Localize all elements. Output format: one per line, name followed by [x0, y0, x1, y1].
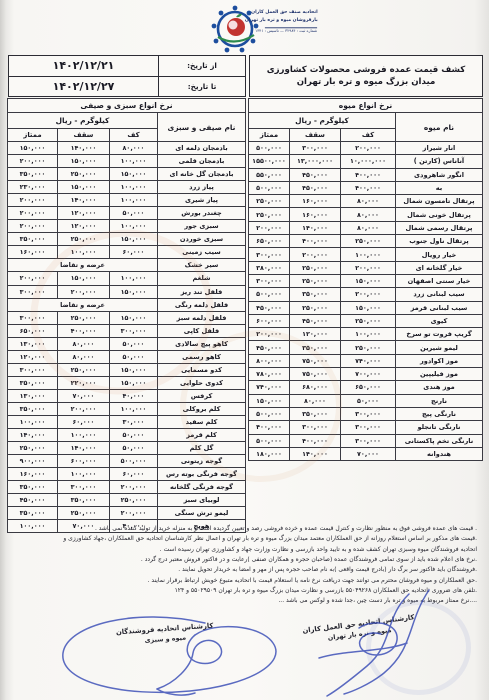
table-row: پیاز زرد۱۰۰,۰۰۰۱۵۰,۰۰۰۲۳۰,۰۰۰	[8, 181, 246, 194]
fruit-name-header: نام میوه	[396, 113, 483, 142]
table-row: پرتقال رسمی شمال۸۰,۰۰۰۱۴۰,۰۰۰۲۰۰,۰۰۰	[248, 221, 482, 234]
price-premium-cell: ۱۵۰,۰۰۰	[248, 394, 289, 407]
price-ceiling-cell: ۷۰,۰۰۰	[58, 389, 110, 402]
product-name-cell: پرتقال تامسون شمال	[396, 195, 483, 208]
price-premium-cell: ۸۰۰,۰۰۰	[248, 354, 289, 367]
union-logo: اتحادیه صنف حق العمل کاران بارفروشان میو…	[208, 3, 320, 55]
product-name-cell: کرفس	[158, 389, 246, 402]
table-row: سیب لبنانی زرد۲۰۰,۰۰۰۳۵۰,۰۰۰۵۰۰,۰۰۰	[248, 288, 482, 301]
price-floor-cell: ۳۰۰,۰۰۰	[341, 421, 396, 434]
product-name-cell: گوجه فرنگی بوته رس	[158, 468, 246, 481]
price-floor-cell: ۵۰۰,۰۰۰	[110, 455, 158, 468]
price-ceiling-cell: ۳۵۰,۰۰۰	[290, 341, 341, 354]
product-name-cell: پرتقال ناول جنوب	[396, 235, 483, 248]
table-row: موز هندی۶۵۰,۰۰۰۶۸۰,۰۰۰۷۴۰,۰۰۰	[248, 381, 482, 394]
product-name-cell: لوبیای سبز	[158, 494, 246, 507]
price-premium-cell: ۱۵۰,۰۰۰	[8, 142, 58, 155]
footnote-line: .تلفن های ضروری :اتحادیه حق العملکاران ۵…	[26, 586, 477, 596]
table-row: سبزی خوردن۱۵۰,۰۰۰۲۵۰,۰۰۰۳۵۰,۰۰۰	[8, 233, 246, 246]
product-name-cell: نارنج	[396, 394, 483, 407]
price-floor-cell: ۷۴۰,۰۰۰	[341, 354, 396, 367]
price-premium-cell: ۲۰۰,۰۰۰	[8, 194, 58, 207]
price-floor-cell: ۲۵۰,۰۰۰	[110, 494, 158, 507]
price-floor-cell: ۱۰۰,۰۰۰	[110, 194, 158, 207]
table-row: پرتقال ناول جنوب۲۵۰,۰۰۰۴۰۰,۰۰۰۶۵۰,۰۰۰	[248, 235, 482, 248]
price-floor-cell: ۴۰,۰۰۰	[110, 389, 158, 402]
footnote-line: .نرخ های اعلام شده باید از سوی تمامی فرو…	[26, 555, 477, 565]
table-row: پرتقال تامسون شمال۸۰,۰۰۰۱۶۰,۰۰۰۲۵۰,۰۰۰	[248, 195, 482, 208]
price-floor-cell: ۷۰,۰۰۰	[341, 447, 396, 460]
price-premium-cell: ۵۰۰,۰۰۰	[248, 181, 289, 194]
product-name-cell: کلم بروکلی	[158, 402, 246, 415]
price-floor-cell: ۲۵۰,۰۰۰	[341, 341, 396, 354]
table-row: سبزی جور۱۰۰,۰۰۰۱۲۰,۰۰۰۲۰۰,۰۰۰	[8, 220, 246, 233]
union-logo-text: اتحادیه صنف حق العمل کاران بارفروشان میو…	[262, 3, 320, 34]
table-row: پیاز شیری۱۰۰,۰۰۰۱۴۰,۰۰۰۲۰۰,۰۰۰	[8, 194, 246, 207]
product-name-cell: سیر خشک	[158, 259, 246, 272]
price-premium-cell: ۳۵۰,۰۰۰	[8, 376, 58, 389]
price-ceiling-cell: ۳۵۰,۰۰۰	[290, 407, 341, 420]
table-row: موز اکوادور۷۴۰,۰۰۰۷۵۰,۰۰۰۸۰۰,۰۰۰	[248, 354, 482, 367]
product-name-cell: فلفل دلمه سبز	[158, 311, 246, 324]
price-floor-cell: ۲۰۰,۰۰۰	[110, 481, 158, 494]
scanned-price-bulletin: اتحادیه صنف حق العمل کاران بارفروشان میو…	[0, 0, 489, 700]
union-name-line2: بارفروشان میوه و تره بار تهران	[264, 17, 317, 24]
price-floor-cell: ۱۵۰,۰۰۰	[341, 274, 396, 287]
product-name-cell: کلم قرمز	[158, 429, 246, 442]
table-row: پرتقال خونی شمال۸۰,۰۰۰۱۶۰,۰۰۰۲۵۰,۰۰۰	[248, 208, 482, 221]
document-title-line1: کشف قیمت عمده فروشی محصولات کشاورزی	[250, 65, 482, 75]
price-ceiling-cell: ۲۵۰,۰۰۰	[58, 311, 110, 324]
price-ceiling-cell: ۳۵۰,۰۰۰	[58, 494, 110, 507]
price-premium-cell: ۱۲۰,۰۰۰	[8, 350, 58, 363]
table-row: آناناس (کارتن )۱۰,۰۰۰,۰۰۰۱۳,۰۰۰,۰۰۰۱۵۵۰۰…	[248, 155, 482, 168]
union-name-line1: اتحادیه صنف حق العمل کاران	[264, 9, 317, 16]
price-floor-cell: ۱۵۰,۰۰۰	[110, 363, 158, 376]
table-row: فلفل دلمه رنگیعرضه و تقاضا	[8, 298, 246, 311]
document-title-box: کشف قیمت عمده فروشی محصولات کشاورزی میدا…	[249, 55, 483, 97]
leaf-icon	[236, 14, 242, 17]
product-name-cell: بادمجان دلمه ای	[158, 142, 246, 155]
price-floor-cell: ۷۰۰,۰۰۰	[341, 368, 396, 381]
price-floor-cell: ۱۵۰,۰۰۰	[110, 285, 158, 298]
price-floor-cell: ۱۰۰,۰۰۰	[110, 220, 158, 233]
fruit-unit-row: نام میوه کیلوگرم - ریال	[248, 113, 482, 129]
price-floor-cell: ۱۵۰,۰۰۰	[110, 376, 158, 389]
price-ceiling-cell: ۶۰,۰۰۰	[58, 415, 110, 428]
table-row: فلفل کاپی۳۰۰,۰۰۰۴۰۰,۰۰۰۶۵۰,۰۰۰	[8, 324, 246, 337]
supply-demand-cell: عرضه و تقاضا	[8, 298, 158, 311]
price-floor-cell: ۲۵۰,۰۰۰	[341, 235, 396, 248]
product-name-cell: نارنگی تخم پاکستانی	[396, 434, 483, 447]
date-range-box: از تاریخ: ۱۴۰۲/۱۲/۲۱ تا تاریخ: ۱۴۰۲/۱۲/۲…	[8, 55, 246, 97]
price-premium-cell: ۵۵۰,۰۰۰	[248, 168, 289, 181]
veg-unit-row: نام صیفی و سبزی کیلوگرم - ریال	[8, 113, 246, 129]
price-ceiling-cell: ۲۰۰,۰۰۰	[58, 285, 110, 298]
product-name-cell: بادمجان قلمی	[158, 155, 246, 168]
veg-col-floor: کف	[110, 129, 158, 142]
table-row: خیار رویال۱۰۰,۰۰۰۲۰۰,۰۰۰۳۰۰,۰۰۰	[248, 248, 482, 261]
price-ceiling-cell: ۶۸۰,۰۰۰	[290, 381, 341, 394]
price-premium-cell: ۲۳۰,۰۰۰	[8, 181, 58, 194]
table-row: انار شیراز۲۰۰,۰۰۰۳۰۰,۰۰۰۵۰۰,۰۰۰	[248, 142, 482, 155]
price-ceiling-cell: ۱۴۰,۰۰۰	[58, 442, 110, 455]
table-row: خیار سنتی اصفهان۱۵۰,۰۰۰۲۵۰,۰۰۰۳۰۰,۰۰۰	[248, 274, 482, 287]
footnote-line: .فروشندگان باید فاکتور سر برگ دار (بادرج…	[26, 565, 477, 575]
table-row: چغندر بورش۵۰,۰۰۰۱۲۰,۰۰۰۲۰۰,۰۰۰	[8, 207, 246, 220]
price-ceiling-cell: ۳۵۰,۰۰۰	[290, 288, 341, 301]
product-name-cell: فلفل تند ریز	[158, 285, 246, 298]
price-ceiling-cell: ۱۴۰,۰۰۰	[290, 221, 341, 234]
price-ceiling-cell: ۱۳,۰۰۰,۰۰۰	[290, 155, 341, 168]
price-premium-cell: ۲۵۰,۰۰۰	[248, 208, 289, 221]
price-premium-cell: ۵۰۰,۰۰۰	[248, 434, 289, 447]
union-registration: شماره ثبت : ۳۲۹۸۴ — تاسیس : ۱۳۴۱	[265, 27, 317, 33]
product-name-cell: گل کلم	[158, 442, 246, 455]
price-premium-cell: ۲۰۰,۰۰۰	[8, 272, 58, 285]
price-premium-cell: ۳۰۰,۰۰۰	[8, 285, 58, 298]
price-floor-cell: ۸۰,۰۰۰	[341, 208, 396, 221]
footnotes: . قیمت های عمده فروشی فوق به منظور نظارت…	[12, 524, 477, 607]
price-premium-cell: ۵۰۰,۰۰۰	[248, 407, 289, 420]
price-floor-cell: ۲۰۰,۰۰۰	[110, 507, 158, 520]
product-name-cell: لیمو شیرین	[396, 341, 483, 354]
price-ceiling-cell: ۸۰,۰۰۰	[290, 394, 341, 407]
document-title-line2: میدان بزرگ میوه و تره بار تهران	[250, 77, 482, 87]
product-name-cell: بادمجان گل خانه ای	[158, 168, 246, 181]
price-ceiling-cell: ۲۲۰,۰۰۰	[58, 376, 110, 389]
product-name-cell: فلفل دلمه رنگی	[158, 298, 246, 311]
veg-section-title-row: نرخ انواع سبزی و صیفی	[8, 99, 246, 113]
price-floor-cell: ۳۰۰,۰۰۰	[110, 324, 158, 337]
table-row: گوجه زیتونی۵۰۰,۰۰۰۶۰۰,۰۰۰۹۰۰,۰۰۰	[8, 455, 246, 468]
price-premium-cell: ۶۰۰,۰۰۰	[248, 314, 289, 327]
price-premium-cell: ۹۰۰,۰۰۰	[8, 455, 58, 468]
price-ceiling-cell: ۲۵۰,۰۰۰	[290, 301, 341, 314]
price-floor-cell: ۱۵۰,۰۰۰	[110, 311, 158, 324]
price-ceiling-cell: ۷۵۰,۰۰۰	[290, 354, 341, 367]
footnote-line: .قیمت های مذکور بر اساس استعلام روزانه ا…	[26, 534, 477, 544]
price-ceiling-cell: ۱۵۰,۰۰۰	[58, 272, 110, 285]
price-premium-cell: ۱۴۰,۰۰۰	[8, 429, 58, 442]
price-premium-cell: ۶۵۰,۰۰۰	[248, 235, 289, 248]
table-row: کلم قرمز۵۰,۰۰۰۱۰۰,۰۰۰۱۴۰,۰۰۰	[8, 429, 246, 442]
table-row: انگور شاهرودی۴۰۰,۰۰۰۴۵۰,۰۰۰۵۵۰,۰۰۰	[248, 168, 482, 181]
date-to-value: ۱۴۰۲/۱۲/۲۷	[9, 80, 158, 93]
price-floor-cell: ۵۰,۰۰۰	[341, 394, 396, 407]
product-name-cell: سبزی خوردن	[158, 233, 246, 246]
product-name-cell: چغندر بورش	[158, 207, 246, 220]
price-floor-cell: ۵۰,۰۰۰	[110, 442, 158, 455]
price-floor-cell: ۲۰۰,۰۰۰	[341, 261, 396, 274]
price-premium-cell: ۴۵۰,۰۰۰	[248, 301, 289, 314]
table-row: خیار گلخانه ای۲۰۰,۰۰۰۲۵۰,۰۰۰۳۸۰,۰۰۰	[248, 261, 482, 274]
product-name-cell: پرتقال رسمی شمال	[396, 221, 483, 234]
fruit-section-title-row: نرخ انواع میوه	[248, 99, 482, 113]
product-name-cell: موز فیلیپین	[396, 368, 483, 381]
table-row: فلفل تند ریز۱۵۰,۰۰۰۲۰۰,۰۰۰۳۰۰,۰۰۰	[8, 285, 246, 298]
price-ceiling-cell: ۳۰۰,۰۰۰	[58, 481, 110, 494]
veg-name-header: نام صیفی و سبزی	[158, 113, 246, 142]
product-name-cell: نارنگی تانجلو	[396, 421, 483, 434]
price-premium-cell: ۳۵۰,۰۰۰	[8, 233, 58, 246]
price-premium-cell: ۲۰۰,۰۰۰	[8, 207, 58, 220]
price-ceiling-cell: ۴۵۰,۰۰۰	[290, 168, 341, 181]
product-name-cell: شلغم	[158, 272, 246, 285]
price-ceiling-cell: ۱۴۰,۰۰۰	[290, 447, 341, 460]
price-premium-cell: ۴۵۰,۰۰۰	[248, 341, 289, 354]
product-name-cell: خیار گلخانه ای	[396, 261, 483, 274]
price-ceiling-cell: ۷۵۰,۰۰۰	[290, 368, 341, 381]
signature-block-right: کارشناس اتحادیه حق العمل کاران میوه و تر…	[283, 611, 434, 647]
price-ceiling-cell: ۱۶۰,۰۰۰	[290, 195, 341, 208]
price-ceiling-cell: ۴۰۰,۰۰۰	[290, 235, 341, 248]
price-premium-cell: ۳۰۰,۰۰۰	[248, 248, 289, 261]
price-floor-cell: ۵۰,۰۰۰	[110, 337, 158, 350]
price-floor-cell: ۴۰۰,۰۰۰	[341, 168, 396, 181]
table-row: نارنگی تخم پاکستانی۳۰۰,۰۰۰۴۰۰,۰۰۰۵۰۰,۰۰۰	[248, 434, 482, 447]
price-ceiling-cell: ۲۵۰,۰۰۰	[58, 233, 110, 246]
table-row: فلفل دلمه سبز۱۵۰,۰۰۰۲۵۰,۰۰۰۳۰۰,۰۰۰	[8, 311, 246, 324]
table-row: کیوی۲۵۰,۰۰۰۴۵۰,۰۰۰۶۰۰,۰۰۰	[248, 314, 482, 327]
product-name-cell: آناناس (کارتن )	[396, 155, 483, 168]
table-row: نارنج۵۰,۰۰۰۸۰,۰۰۰۱۵۰,۰۰۰	[248, 394, 482, 407]
price-premium-cell: ۳۵۰,۰۰۰	[8, 402, 58, 415]
table-row: موز فیلیپین۷۰۰,۰۰۰۷۵۰,۰۰۰۷۸۰,۰۰۰	[248, 368, 482, 381]
veg-col-ceiling: سقف	[58, 129, 110, 142]
price-premium-cell: ۲۵۰,۰۰۰	[8, 442, 58, 455]
content-columns: کشف قیمت عمده فروشی محصولات کشاورزی میدا…	[8, 55, 483, 533]
price-ceiling-cell: ۱۴۰,۰۰۰	[58, 194, 110, 207]
table-row: لیمو ترش سنگی۲۰۰,۰۰۰۲۵۰,۰۰۰۳۵۰,۰۰۰	[8, 507, 246, 520]
product-name-cell: انار شیراز	[396, 142, 483, 155]
product-name-cell: لیمو ترش سنگی	[158, 507, 246, 520]
footnote-line: اتحادیه فروشندگان میوه وسبزی تهران کشف ش…	[26, 545, 477, 555]
product-name-cell: هندوانه	[396, 447, 483, 460]
price-ceiling-cell: ۱۵۰,۰۰۰	[58, 181, 110, 194]
price-premium-cell: ۷۴۰,۰۰۰	[248, 381, 289, 394]
price-floor-cell: ۶۰,۰۰۰	[110, 468, 158, 481]
vegetable-price-table: نرخ انواع سبزی و صیفی نام صیفی و سبزی کی…	[7, 98, 246, 533]
price-premium-cell: ۳۰۰,۰۰۰	[8, 311, 58, 324]
price-premium-cell: ۵۰۰,۰۰۰	[248, 142, 289, 155]
price-floor-cell: ۱۵۰,۰۰۰	[341, 301, 396, 314]
footnote-line: .حق العملکاران و میوه فروشان محترم می تو…	[26, 576, 477, 586]
price-ceiling-cell: ۸۰,۰۰۰	[58, 337, 110, 350]
fruit-unit-header: کیلوگرم - ریال	[248, 113, 395, 129]
price-premium-cell: ۱۶۰,۰۰۰	[8, 246, 58, 259]
product-name-cell: سیب زمینی	[158, 246, 246, 259]
price-premium-cell: ۷۸۰,۰۰۰	[248, 368, 289, 381]
fruit-col-ceiling: سقف	[290, 129, 341, 142]
table-row: شلغم۱۰۰,۰۰۰۱۵۰,۰۰۰۲۰۰,۰۰۰	[8, 272, 246, 285]
product-name-cell: فلفل کاپی	[158, 324, 246, 337]
price-ceiling-cell: ۱۶۰,۰۰۰	[290, 208, 341, 221]
price-premium-cell: ۱۳۰,۰۰۰	[8, 389, 58, 402]
product-name-cell: گوجه فرنگی گلخانه	[158, 481, 246, 494]
date-to-row: تا تاریخ: ۱۴۰۲/۱۲/۲۷	[9, 76, 245, 97]
price-floor-cell: ۱۰۰,۰۰۰	[341, 248, 396, 261]
table-row: کلم سفید۳۰,۰۰۰۶۰,۰۰۰۱۰۰,۰۰۰	[8, 415, 246, 428]
table-row: نارنگی تانجلو۳۰۰,۰۰۰۳۰۰,۰۰۰۴۰۰,۰۰۰	[248, 421, 482, 434]
fruit-col-floor: کف	[341, 129, 396, 142]
table-row: نارنگی پیج۳۰۰,۰۰۰۳۵۰,۰۰۰۵۰۰,۰۰۰	[248, 407, 482, 420]
table-row: گوجه فرنگی بوته رس۶۰,۰۰۰۱۰۰,۰۰۰۱۶۰,۰۰۰	[8, 468, 246, 481]
table-row: هندوانه۷۰,۰۰۰۱۴۰,۰۰۰۱۸۰,۰۰۰	[248, 447, 482, 460]
price-floor-cell: ۱۵۰,۰۰۰	[110, 233, 158, 246]
table-row: سیب لبنانی قرمز۱۵۰,۰۰۰۲۵۰,۰۰۰۴۵۰,۰۰۰	[248, 301, 482, 314]
product-name-cell: کاهو رسمی	[158, 350, 246, 363]
price-premium-cell: ۱۸۰,۰۰۰	[248, 447, 289, 460]
price-ceiling-cell: ۲۵۰,۰۰۰	[58, 363, 110, 376]
price-ceiling-cell: ۴۵۰,۰۰۰	[290, 181, 341, 194]
price-ceiling-cell: ۲۰۰,۰۰۰	[58, 402, 110, 415]
price-premium-cell: ۲۵۰,۰۰۰	[248, 195, 289, 208]
fruit-col-premium: ممتاز	[248, 129, 289, 142]
product-name-cell: کاهو پیچ سالادی	[158, 337, 246, 350]
price-premium-cell: ۳۸۰,۰۰۰	[248, 261, 289, 274]
product-name-cell: گریپ فروت تو سرخ	[396, 328, 483, 341]
price-floor-cell: ۱۵۰,۰۰۰	[110, 168, 158, 181]
product-name-cell: گوجه زیتونی	[158, 455, 246, 468]
price-floor-cell: ۳۰۰,۰۰۰	[341, 407, 396, 420]
date-from-row: از تاریخ: ۱۴۰۲/۱۲/۲۱	[9, 56, 245, 76]
price-floor-cell: ۳۰۰,۰۰۰	[341, 434, 396, 447]
price-premium-cell: ۱۰۰,۰۰۰	[8, 415, 58, 428]
price-floor-cell: ۵۰,۰۰۰	[110, 207, 158, 220]
price-floor-cell: ۱۰۰,۰۰۰	[110, 272, 158, 285]
price-ceiling-cell: ۲۵۰,۰۰۰	[58, 168, 110, 181]
price-premium-cell: ۲۰۰,۰۰۰	[8, 220, 58, 233]
price-premium-cell: ۳۵۰,۰۰۰	[8, 168, 58, 181]
product-name-cell: پیاز زرد	[158, 181, 246, 194]
table-row: به۴۰۰,۰۰۰۴۵۰,۰۰۰۵۰۰,۰۰۰	[248, 181, 482, 194]
price-floor-cell: ۸۰,۰۰۰	[341, 221, 396, 234]
price-floor-cell: ۱۰۰,۰۰۰	[110, 402, 158, 415]
price-floor-cell: ۴۰۰,۰۰۰	[341, 181, 396, 194]
price-floor-cell: ۲۰۰,۰۰۰	[341, 142, 396, 155]
table-row: کدو مسمایی۱۵۰,۰۰۰۲۵۰,۰۰۰۳۰۰,۰۰۰	[8, 363, 246, 376]
veg-unit-header: کیلوگرم - ریال	[8, 113, 158, 129]
product-name-cell: موز هندی	[396, 381, 483, 394]
price-floor-cell: ۱۰,۰۰۰,۰۰۰	[341, 155, 396, 168]
price-premium-cell: ۳۵۰,۰۰۰	[8, 507, 58, 520]
date-to-label: تا تاریخ:	[158, 77, 245, 97]
table-row: بادمجان قلمی۱۰۰,۰۰۰۱۵۰,۰۰۰۲۰۰,۰۰۰	[8, 155, 246, 168]
price-premium-cell: ۶۵۰,۰۰۰	[8, 324, 58, 337]
table-row: گل کلم۵۰,۰۰۰۱۴۰,۰۰۰۲۵۰,۰۰۰	[8, 442, 246, 455]
footnote-line: ....نرخ ممتاز مربوط به میوه و تره بار دس…	[26, 596, 477, 606]
table-row: کدوی حلوایی۱۵۰,۰۰۰۲۲۰,۰۰۰۳۵۰,۰۰۰	[8, 376, 246, 389]
price-ceiling-cell: ۲۵۰,۰۰۰	[290, 261, 341, 274]
price-floor-cell: ۸۰,۰۰۰	[110, 142, 158, 155]
product-name-cell: پرتقال خونی شمال	[396, 208, 483, 221]
price-ceiling-cell: ۱۲۰,۰۰۰	[58, 220, 110, 233]
product-name-cell: سیب لبنانی قرمز	[396, 301, 483, 314]
fruit-section-title: نرخ انواع میوه	[248, 99, 482, 113]
price-ceiling-cell: ۱۰۰,۰۰۰	[58, 468, 110, 481]
table-row: کاهو پیچ سالادی۵۰,۰۰۰۸۰,۰۰۰۱۳۰,۰۰۰	[8, 337, 246, 350]
price-floor-cell: ۶۰,۰۰۰	[110, 246, 158, 259]
product-name-cell: کدوی حلوایی	[158, 376, 246, 389]
price-ceiling-cell: ۱۲۰,۰۰۰	[290, 328, 341, 341]
price-ceiling-cell: ۱۴۰,۰۰۰	[58, 142, 110, 155]
table-row: بادمجان دلمه ای۸۰,۰۰۰۱۴۰,۰۰۰۱۵۰,۰۰۰	[8, 142, 246, 155]
price-premium-cell: ۳۰۰,۰۰۰	[248, 274, 289, 287]
supply-demand-cell: عرضه و تقاضا	[8, 259, 158, 272]
price-premium-cell: ۳۰۰,۰۰۰	[8, 363, 58, 376]
table-row: کرفس۴۰,۰۰۰۷۰,۰۰۰۱۳۰,۰۰۰	[8, 389, 246, 402]
price-floor-cell: ۶۵۰,۰۰۰	[341, 381, 396, 394]
product-name-cell: سبزی جور	[158, 220, 246, 233]
price-floor-cell: ۲۵۰,۰۰۰	[341, 314, 396, 327]
price-premium-cell: ۲۰۰,۰۰۰	[8, 155, 58, 168]
price-ceiling-cell: ۱۵۰,۰۰۰	[58, 155, 110, 168]
price-floor-cell: ۸۰,۰۰۰	[341, 195, 396, 208]
price-floor-cell: ۱۰۰,۰۰۰	[110, 181, 158, 194]
price-floor-cell: ۳۰,۰۰۰	[110, 415, 158, 428]
table-row: کاهو رسمی۵۰,۰۰۰۸۰,۰۰۰۱۲۰,۰۰۰	[8, 350, 246, 363]
veg-col-premium: ممتاز	[8, 129, 58, 142]
price-premium-cell: ۴۰۰,۰۰۰	[248, 421, 289, 434]
price-ceiling-cell: ۸۰,۰۰۰	[58, 350, 110, 363]
product-name-cell: کدو مسمایی	[158, 363, 246, 376]
price-ceiling-cell: ۳۰۰,۰۰۰	[290, 142, 341, 155]
price-ceiling-cell: ۴۵۰,۰۰۰	[290, 314, 341, 327]
price-floor-cell: ۱۰۰,۰۰۰	[341, 328, 396, 341]
footnote-line: . قیمت های عمده فروشی فوق به منظور نظارت…	[26, 524, 477, 534]
table-row: گوجه فرنگی گلخانه۲۰۰,۰۰۰۳۰۰,۰۰۰۳۵۰,۰۰۰	[8, 481, 246, 494]
price-ceiling-cell: ۳۰۰,۰۰۰	[290, 421, 341, 434]
price-floor-cell: ۵۰,۰۰۰	[110, 350, 158, 363]
price-floor-cell: ۵۰,۰۰۰	[110, 429, 158, 442]
fruit-column: کشف قیمت عمده فروشی محصولات کشاورزی میدا…	[249, 55, 483, 461]
price-floor-cell: ۲۰۰,۰۰۰	[341, 288, 396, 301]
product-name-cell: به	[396, 181, 483, 194]
price-premium-cell: ۲۰۰,۰۰۰	[248, 221, 289, 234]
price-ceiling-cell: ۲۰۰,۰۰۰	[290, 248, 341, 261]
product-name-cell: کیوی	[396, 314, 483, 327]
price-premium-cell: ۱۵۵۰۰,۰۰۰	[248, 155, 289, 168]
table-row: سیب زمینی۶۰,۰۰۰۱۰۰,۰۰۰۱۶۰,۰۰۰	[8, 246, 246, 259]
price-premium-cell: ۴۵۰,۰۰۰	[8, 494, 58, 507]
fruit-price-table: نرخ انواع میوه نام میوه کیلوگرم - ریال ک…	[248, 98, 483, 461]
table-row: کلم بروکلی۱۰۰,۰۰۰۲۰۰,۰۰۰۳۵۰,۰۰۰	[8, 402, 246, 415]
product-name-cell: خیار سنتی اصفهان	[396, 274, 483, 287]
price-ceiling-cell: ۴۰۰,۰۰۰	[58, 324, 110, 337]
price-ceiling-cell: ۱۰۰,۰۰۰	[58, 429, 110, 442]
price-floor-cell: ۱۰۰,۰۰۰	[110, 155, 158, 168]
price-premium-cell: ۲۰۰,۰۰۰	[248, 328, 289, 341]
price-premium-cell: ۱۳۰,۰۰۰	[8, 337, 58, 350]
product-name-cell: انگور شاهرودی	[396, 168, 483, 181]
table-row: سیر خشکعرضه و تقاضا	[8, 259, 246, 272]
price-premium-cell: ۱۶۰,۰۰۰	[8, 468, 58, 481]
price-premium-cell: ۳۵۰,۰۰۰	[8, 481, 58, 494]
table-row: لوبیای سبز۲۵۰,۰۰۰۳۵۰,۰۰۰۴۵۰,۰۰۰	[8, 494, 246, 507]
signature-block-left: کارشناس اتحادیه فروشندگان میوه و سبزی	[90, 620, 241, 648]
price-ceiling-cell: ۲۵۰,۰۰۰	[58, 507, 110, 520]
product-name-cell: پیاز شیری	[158, 194, 246, 207]
product-name-cell: نارنگی پیج	[396, 407, 483, 420]
price-ceiling-cell: ۴۰۰,۰۰۰	[290, 434, 341, 447]
table-row: لیمو شیرین۲۵۰,۰۰۰۳۵۰,۰۰۰۴۵۰,۰۰۰	[248, 341, 482, 354]
price-ceiling-cell: ۱۲۰,۰۰۰	[58, 207, 110, 220]
table-row: گریپ فروت تو سرخ۱۰۰,۰۰۰۱۲۰,۰۰۰۲۰۰,۰۰۰	[248, 328, 482, 341]
price-ceiling-cell: ۲۵۰,۰۰۰	[290, 274, 341, 287]
date-from-label: از تاریخ:	[158, 56, 245, 76]
vegetable-column: از تاریخ: ۱۴۰۲/۱۲/۲۱ تا تاریخ: ۱۴۰۲/۱۲/۲…	[8, 55, 246, 533]
